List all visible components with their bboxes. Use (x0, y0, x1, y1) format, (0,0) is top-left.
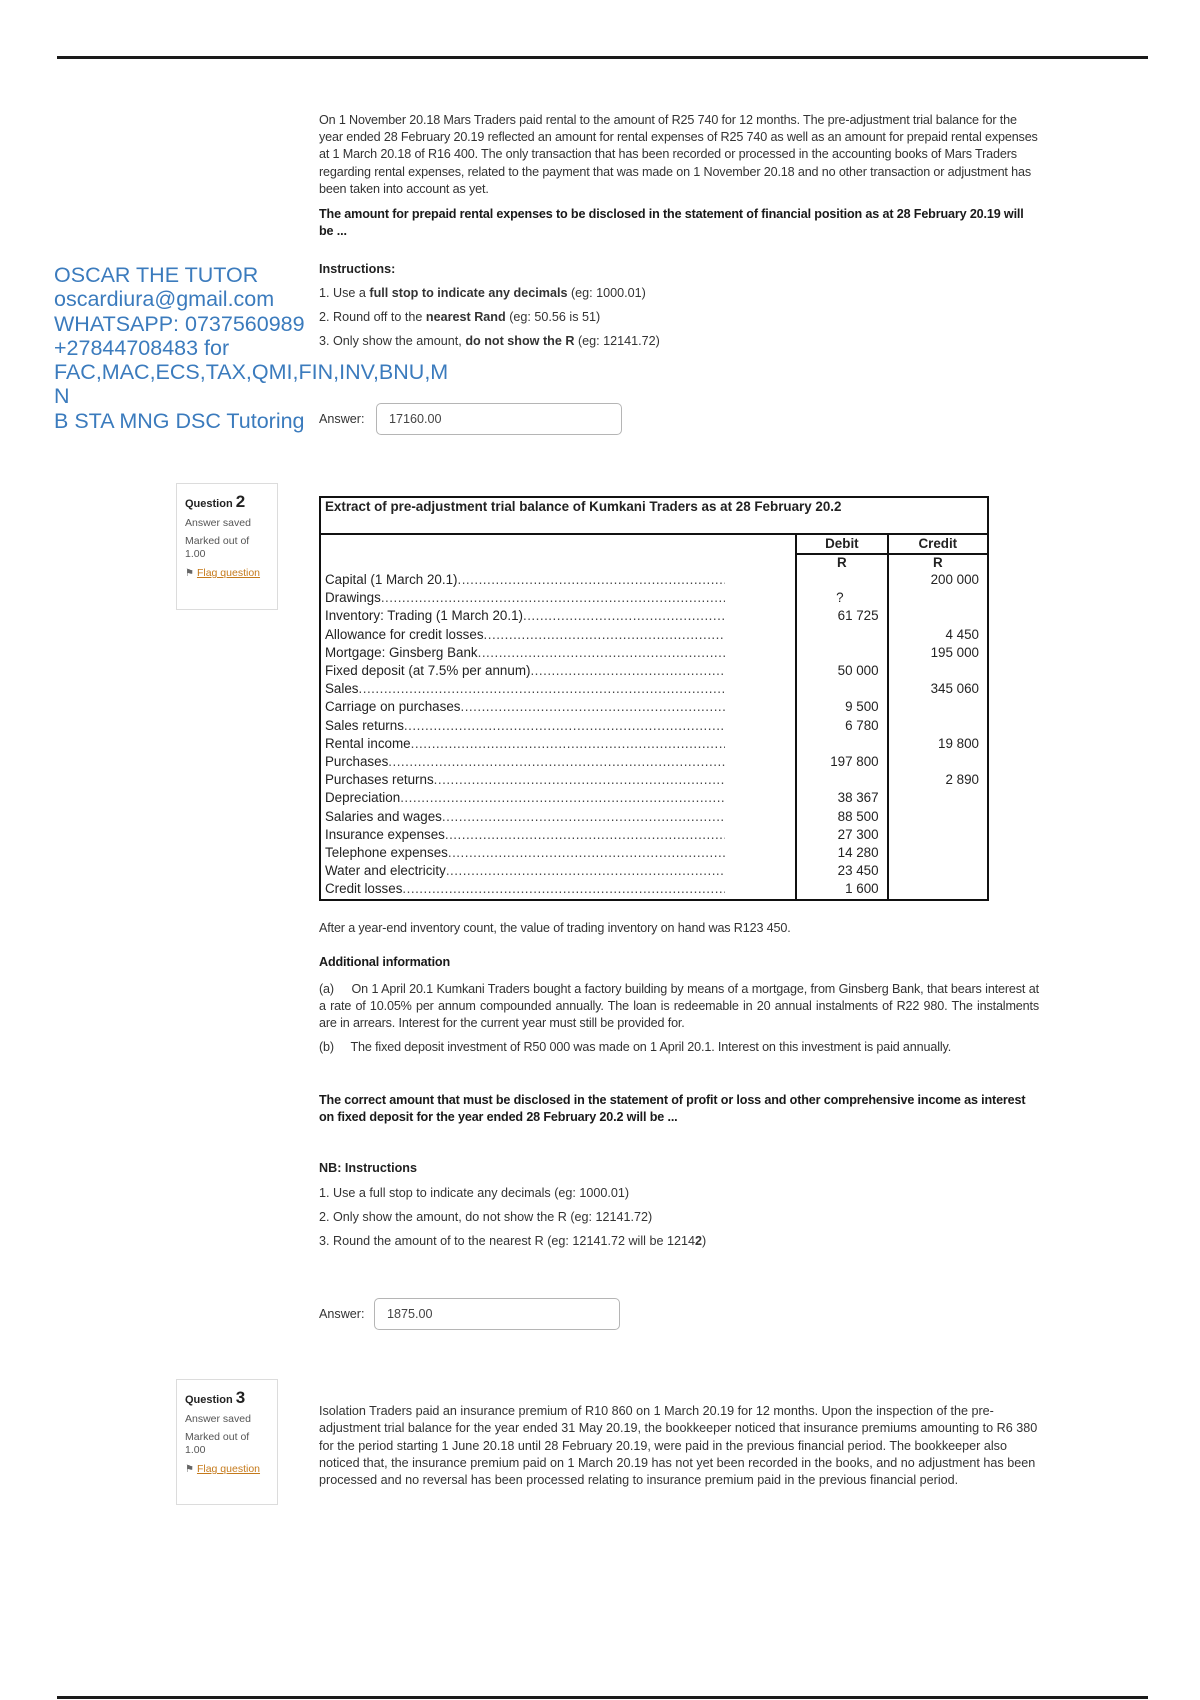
credit-amount (888, 808, 988, 826)
q3-number: Question 3 (185, 1388, 269, 1408)
q2-number: Question 2 (185, 492, 269, 512)
account-name: Telephone expenses......................… (320, 844, 796, 862)
debit-amount: 61 725 (796, 607, 887, 625)
q2-instruction-3: 3. Round the amount of to the nearest R … (319, 1234, 706, 1248)
table-row: Sales...................................… (320, 680, 988, 698)
q2-instructions-title: NB: Instructions (319, 1161, 417, 1175)
debit-amount: 88 500 (796, 808, 887, 826)
table-row: Capital (1 March 20.1)..................… (320, 571, 988, 589)
credit-amount (888, 662, 988, 680)
bottom-rule (57, 1696, 1148, 1699)
q1-answer-input[interactable]: 17160.00 (376, 403, 622, 435)
debit-amount: 6 780 (796, 717, 887, 735)
q2-question: The correct amount that must be disclose… (319, 1092, 1039, 1126)
account-name: Depreciation............................… (320, 789, 796, 807)
q2-instruction-1: 1. Use a full stop to indicate any decim… (319, 1186, 629, 1200)
flag-icon: ⚑ (185, 1464, 194, 1475)
debit-amount (796, 680, 887, 698)
table-row: Carriage on purchases...................… (320, 698, 988, 716)
account-name: Allowance for credit losses.............… (320, 626, 796, 644)
table-row: Allowance for credit losses.............… (320, 626, 988, 644)
table-row: Rental income...........................… (320, 735, 988, 753)
table-row: Mortgage: Ginsberg Bank.................… (320, 644, 988, 662)
credit-amount: 2 890 (888, 771, 988, 789)
account-name: Insurance expenses......................… (320, 826, 796, 844)
debit-amount: ? (796, 589, 887, 607)
q1-paragraph: On 1 November 20.18 Mars Traders paid re… (319, 112, 1039, 198)
credit-amount: 195 000 (888, 644, 988, 662)
flag-link[interactable]: Flag question (197, 1463, 260, 1475)
q2-answer-input[interactable]: 1875.00 (374, 1298, 620, 1330)
credit-amount (888, 789, 988, 807)
table-row: Telephone expenses......................… (320, 844, 988, 862)
q2-answer-label: Answer: (319, 1307, 365, 1321)
q3-info-box: Question 3 Answer saved Marked out of 1.… (176, 1379, 278, 1505)
account-name: Fixed deposit (at 7.5% per annum).......… (320, 662, 796, 680)
account-name: Inventory: Trading (1 March 20.1).......… (320, 607, 796, 625)
debit-amount (796, 771, 887, 789)
additional-item-b: (b) The fixed deposit investment of R50 … (319, 1039, 1039, 1056)
account-name: Credit losses...........................… (320, 880, 796, 899)
inventory-note: After a year-end inventory count, the va… (319, 920, 1039, 937)
debit-amount: 50 000 (796, 662, 887, 680)
credit-amount (888, 880, 988, 899)
account-name: Mortgage: Ginsberg Bank.................… (320, 644, 796, 662)
credit-amount (888, 862, 988, 880)
credit-amount (888, 607, 988, 625)
debit-amount (796, 571, 887, 589)
q1-instruction-1: 1. Use a full stop to indicate any decim… (319, 286, 646, 300)
q1-instructions-title: Instructions: (319, 262, 395, 276)
debit-amount: 9 500 (796, 698, 887, 716)
flag-icon: ⚑ (185, 568, 194, 579)
q1-answer-label: Answer: (319, 412, 365, 426)
table-row: Purchases...............................… (320, 753, 988, 771)
table-row: Insurance expenses......................… (320, 826, 988, 844)
additional-info-title: Additional information (319, 954, 1039, 971)
table-row: Credit losses...........................… (320, 880, 988, 899)
q1-instruction-3: 3. Only show the amount, do not show the… (319, 334, 660, 348)
q1-instruction-2: 2. Round off to the nearest Rand (eg: 50… (319, 310, 600, 324)
q2-info-box: Question 2 Answer saved Marked out of 1.… (176, 483, 278, 610)
trial-balance-table: Extract of pre-adjustment trial balance … (319, 496, 989, 901)
account-name: Sales...................................… (320, 680, 796, 698)
credit-header: Credit (888, 534, 988, 554)
credit-amount (888, 589, 988, 607)
q2-flag-question[interactable]: ⚑Flag question (185, 567, 269, 580)
debit-amount: 27 300 (796, 826, 887, 844)
account-name: Purchases...............................… (320, 753, 796, 771)
q2-state: Answer saved (185, 517, 269, 529)
account-name: Rental income...........................… (320, 735, 796, 753)
debit-amount: 1 600 (796, 880, 887, 899)
debit-amount: 197 800 (796, 753, 887, 771)
account-name: Sales returns...........................… (320, 717, 796, 735)
table-row: Sales returns...........................… (320, 717, 988, 735)
q3-grade: Marked out of 1.00 (185, 1431, 269, 1457)
credit-currency: R (888, 554, 988, 571)
debit-header: Debit (796, 534, 887, 554)
credit-amount (888, 717, 988, 735)
credit-amount (888, 698, 988, 716)
account-name: Water and electricity...................… (320, 862, 796, 880)
credit-amount (888, 844, 988, 862)
account-name: Drawings................................… (320, 589, 796, 607)
q3-flag-question[interactable]: ⚑Flag question (185, 1463, 269, 1476)
promo-line: FAC,MAC,ECS,TAX,QMI,FIN,INV,BNU,M (54, 360, 448, 384)
flag-link[interactable]: Flag question (197, 567, 260, 579)
credit-amount: 200 000 (888, 571, 988, 589)
table-row: Inventory: Trading (1 March 20.1).......… (320, 607, 988, 625)
credit-amount: 345 060 (888, 680, 988, 698)
table-row: Water and electricity...................… (320, 862, 988, 880)
additional-item-a: (a) On 1 April 20.1 Kumkani Traders boug… (319, 981, 1039, 1033)
credit-amount: 19 800 (888, 735, 988, 753)
table-title: Extract of pre-adjustment trial balance … (320, 497, 988, 534)
account-name: Capital (1 March 20.1)..................… (320, 571, 796, 589)
table-row: Purchases returns.......................… (320, 771, 988, 789)
credit-amount (888, 826, 988, 844)
q3-paragraph: Isolation Traders paid an insurance prem… (319, 1403, 1039, 1489)
q2-instruction-2: 2. Only show the amount, do not show the… (319, 1210, 652, 1224)
debit-amount (796, 735, 887, 753)
top-rule (57, 56, 1148, 59)
table-row: Drawings................................… (320, 589, 988, 607)
debit-amount (796, 644, 887, 662)
q2-grade: Marked out of 1.00 (185, 535, 269, 561)
debit-currency: R (796, 554, 887, 571)
credit-amount (888, 753, 988, 771)
debit-amount (796, 626, 887, 644)
debit-amount: 38 367 (796, 789, 887, 807)
q1-question: The amount for prepaid rental expenses t… (319, 206, 1039, 240)
credit-amount: 4 450 (888, 626, 988, 644)
table-row: Fixed deposit (at 7.5% per annum).......… (320, 662, 988, 680)
table-row: Salaries and wages......................… (320, 808, 988, 826)
account-name: Salaries and wages......................… (320, 808, 796, 826)
q3-state: Answer saved (185, 1413, 269, 1425)
debit-amount: 14 280 (796, 844, 887, 862)
debit-amount: 23 450 (796, 862, 887, 880)
account-name: Purchases returns.......................… (320, 771, 796, 789)
table-row: Depreciation............................… (320, 789, 988, 807)
account-name: Carriage on purchases...................… (320, 698, 796, 716)
